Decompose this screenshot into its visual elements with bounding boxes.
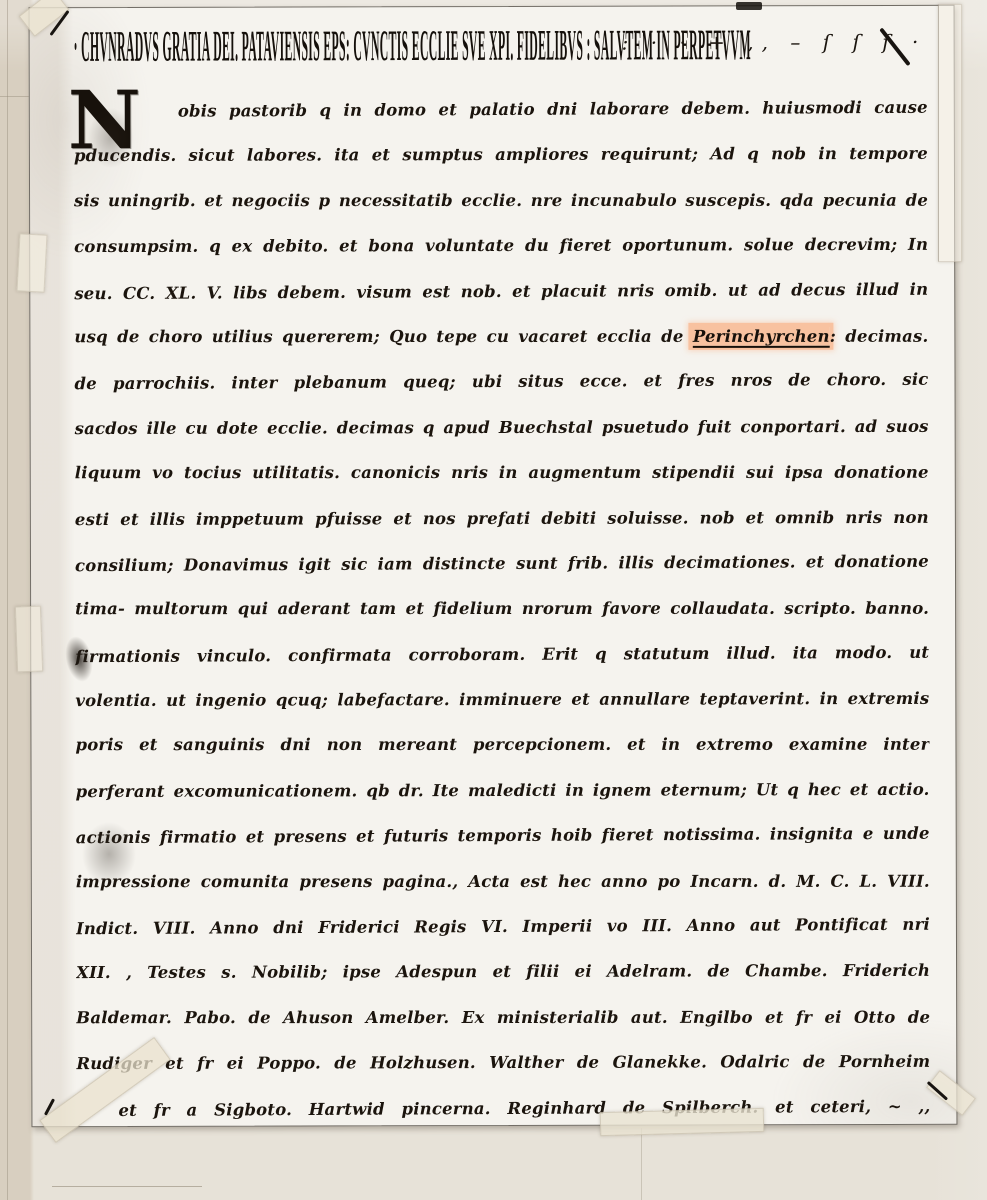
manuscript-line-highlighted: usq de choro utilius quererem; Quo tepe …	[74, 314, 928, 360]
manuscript-line: sacdos ille cu dote ecclie. decimas q ap…	[75, 404, 929, 452]
manuscript-line: liquum vo tocius utilitatis. canonicis n…	[75, 450, 929, 496]
manuscript-line: obis pastorib q in domo et palatio dni l…	[74, 85, 928, 135]
manuscript-line: de parrochiis. inter plebanum queq; ubi …	[74, 357, 928, 407]
ink-mark-top-center	[736, 2, 762, 10]
heading-flourish-marks: : · · + ,, – ſ ſ ſ ·	[622, 30, 927, 55]
manuscript-line-regnal-years: Indict. VIII. Anno dni Friderici Regis V…	[76, 902, 930, 952]
background-seam	[7, 0, 8, 1200]
manuscript-line: volentia. ut ingenio qcuq; labefactare. …	[75, 676, 929, 724]
tape-right-edge	[938, 4, 962, 262]
ink-smudge	[88, 108, 134, 168]
manuscript-line: perferant excomunicationem. qb dr. Ite m…	[76, 767, 930, 815]
manuscript-line-witnesses: et fr a Sigboto. Hartwid pincerna. Regin…	[76, 1083, 930, 1133]
manuscript-line: esti et illis imppetuum pfuisse et nos p…	[75, 494, 929, 542]
manuscript-line: firmationis vinculo. confirmata corrobor…	[75, 629, 929, 679]
line-text: tima- multorum qui aderant tam et fideli…	[75, 599, 929, 632]
manuscript-line: pducendis. sicut labores. ita et sumptus…	[74, 131, 928, 179]
tape-left-upper	[17, 233, 48, 292]
background-seam	[52, 1186, 202, 1187]
background-seam	[0, 96, 30, 97]
manuscript-line-witnesses: Rudiger et fr ei Poppo. de Holzhusen. Wa…	[76, 1039, 930, 1087]
manuscript-line: consumpsim. q ex debito. et bona volunta…	[74, 222, 928, 270]
highlighted-place-name: Perinchyrchen	[693, 327, 830, 346]
line-text-before-highlight: usq de choro utilius quererem; Quo tepe …	[74, 327, 692, 346]
manuscript-line-dating-clause: impressione comunita presens pagina., Ac…	[76, 858, 930, 904]
manuscript-line-witnesses: XII. , Testes s. Nobilib; ipse Adespun e…	[76, 948, 930, 996]
manuscript-page: · CHVNRADVS GRATIA DEI. PATAVIENSIS EPS:…	[29, 5, 958, 1127]
charter-photograph: · CHVNRADVS GRATIA DEI. PATAVIENSIS EPS:…	[0, 0, 987, 1200]
background-seam	[641, 1128, 642, 1200]
manuscript-line: actionis firmatio et presens et futuris …	[76, 811, 930, 861]
tape-bottom-center	[600, 1108, 765, 1136]
manuscript-line-witnesses: Baldemar. Pabo. de Ahuson Amelber. Ex mi…	[76, 995, 930, 1041]
tape-left-lower	[15, 606, 43, 673]
manuscript-line: sis uningrib. et negociis p necessitatib…	[74, 178, 928, 224]
manuscript-body: obis pastorib q in domo et palatio dni l…	[74, 86, 931, 1132]
manuscript-line-with-blot: tima- multorum qui aderant tam et fideli…	[75, 586, 929, 632]
manuscript-line: seu. CC. XL. V. libs debem. visum est no…	[74, 266, 928, 316]
manuscript-line: consilium; Donavimus igit sic iam distin…	[75, 539, 929, 589]
manuscript-line: poris et sanguinis dni non mereant perce…	[75, 722, 929, 768]
ink-smudge	[82, 822, 136, 886]
